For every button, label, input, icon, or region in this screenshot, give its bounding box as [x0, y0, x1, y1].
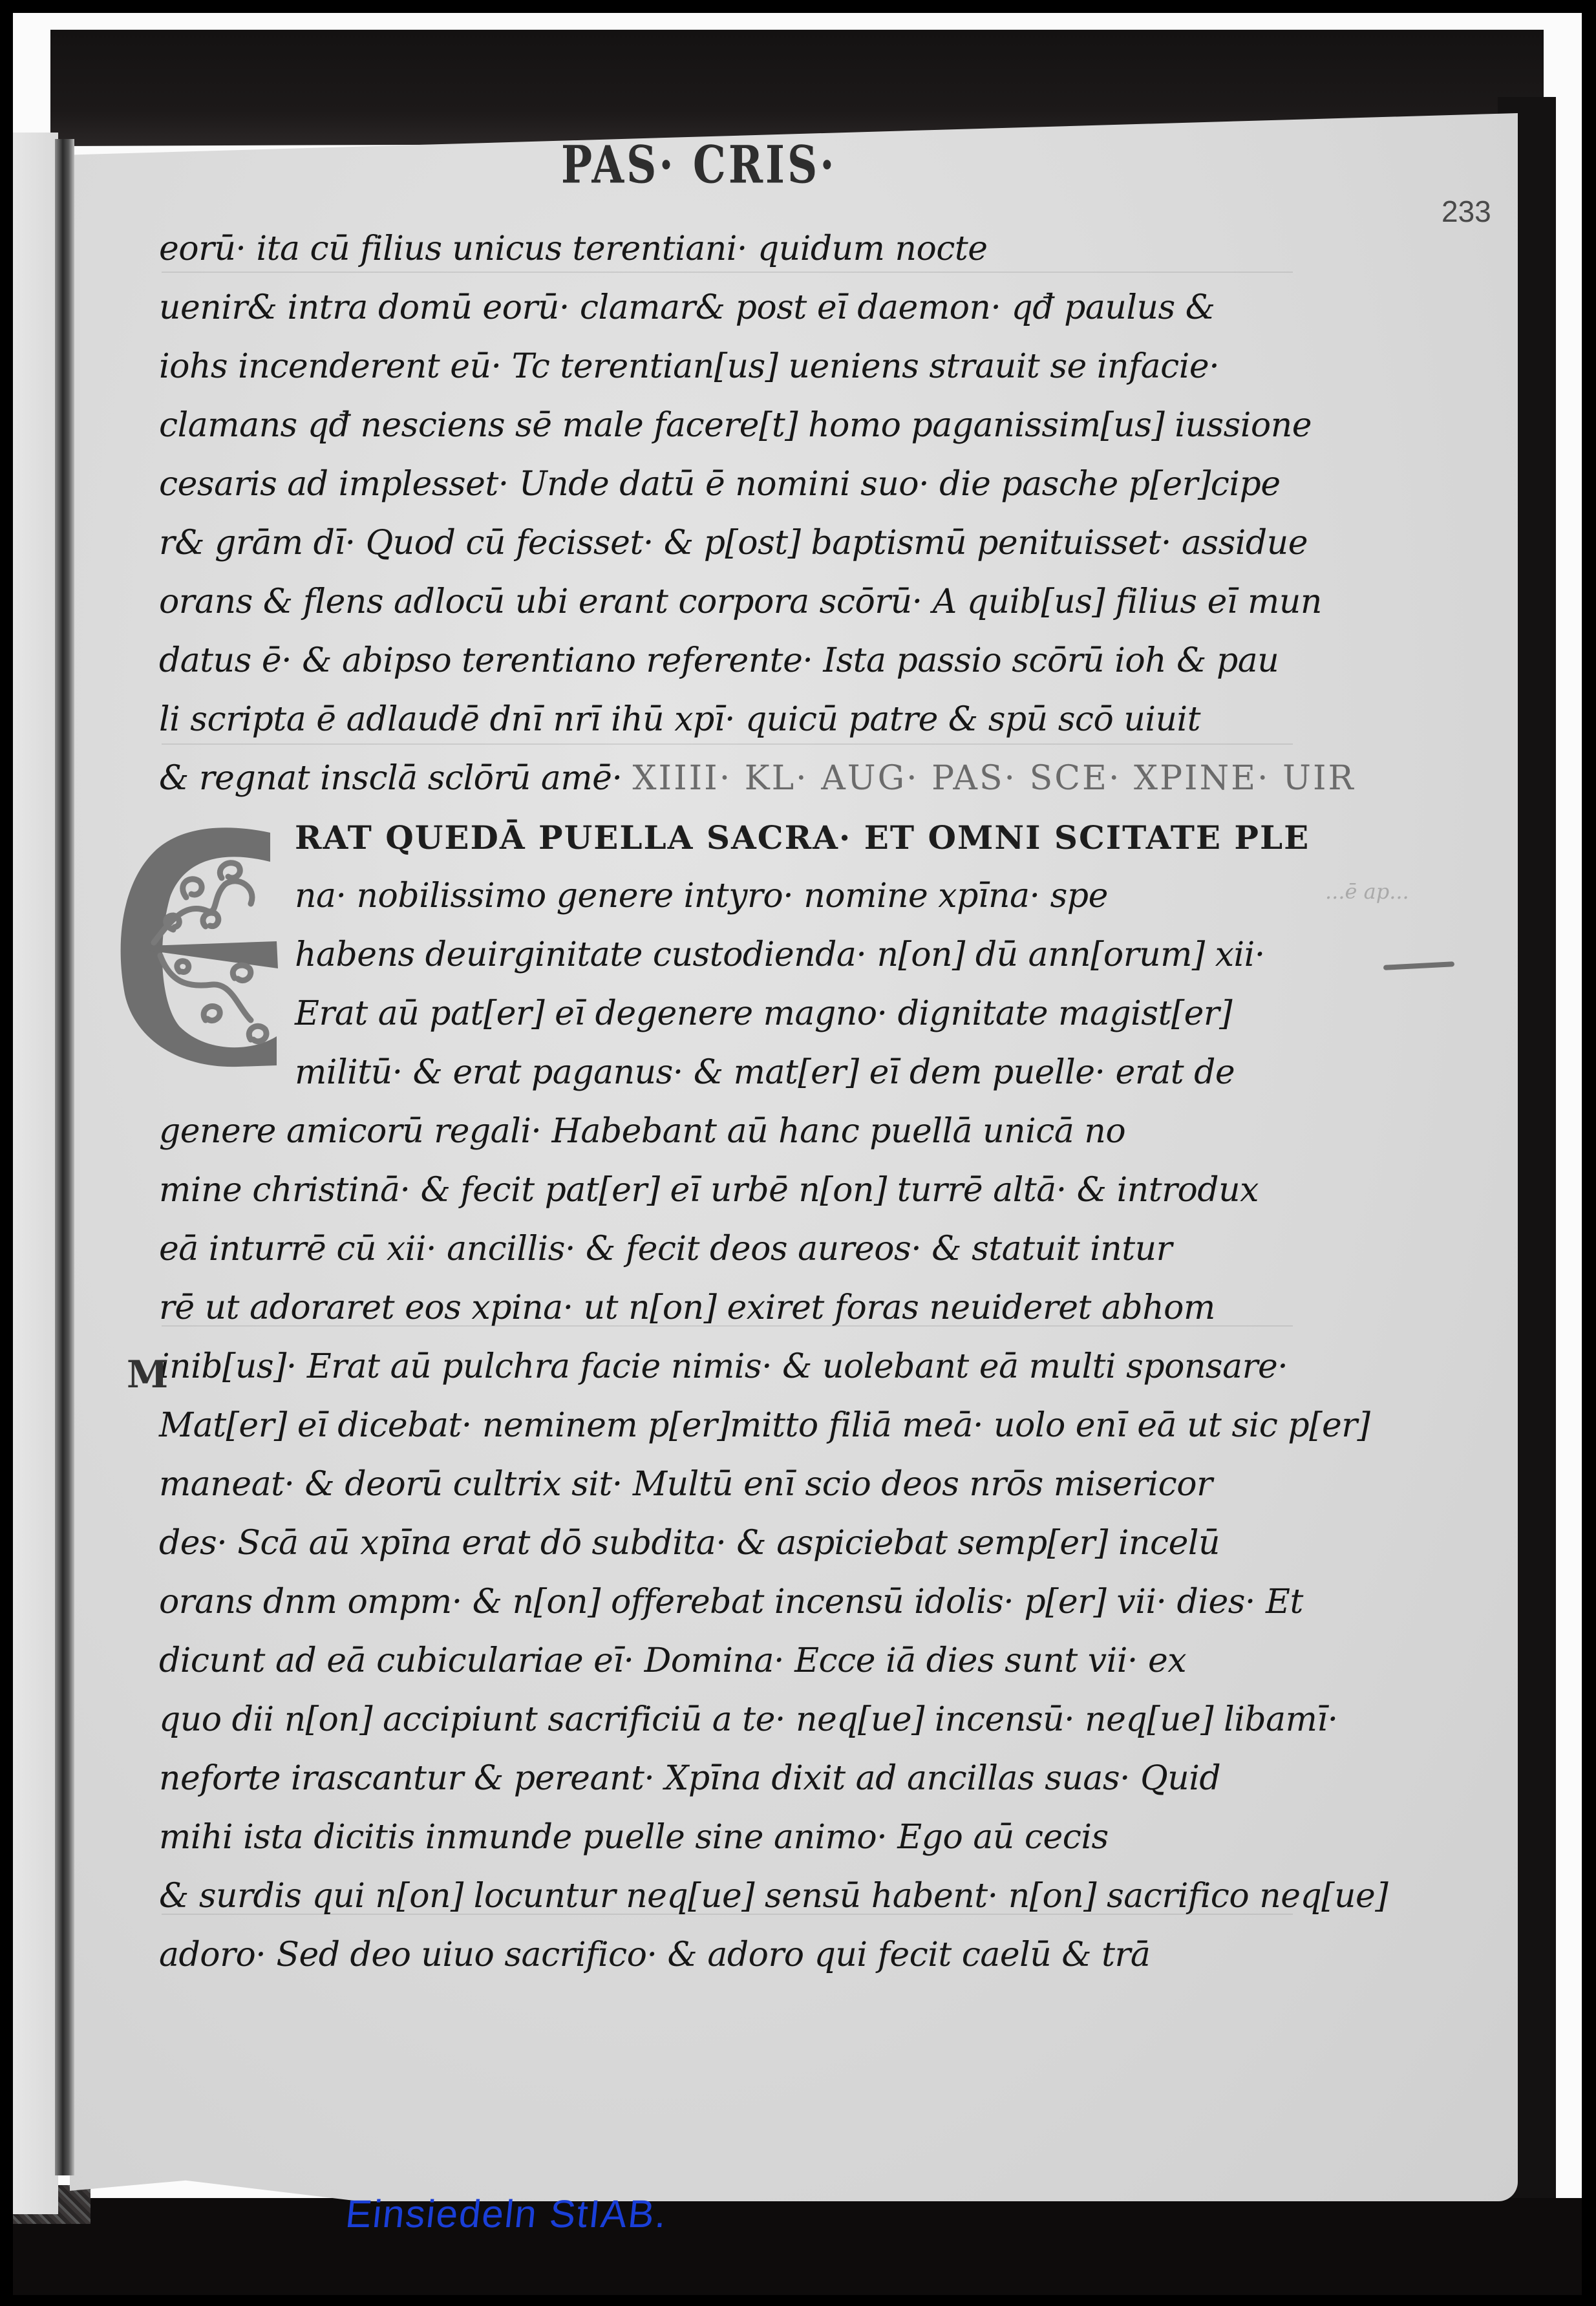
decorated-initial-e — [109, 813, 303, 1072]
folio-number: 233 — [1442, 194, 1491, 229]
text-line: iohs incenderent eū· Tc terentian[us] ue… — [159, 337, 1316, 396]
text-line: quo dii n[on] accipiunt sacrificiū a te·… — [159, 1691, 1316, 1749]
text-line: orans & flens adlocū ubi erant corpora s… — [159, 573, 1316, 632]
text-line-with-rubric: & regnat insclā sclōrū amē· XIIII· KL· A… — [159, 749, 1316, 808]
facing-page-edge — [13, 133, 58, 2214]
text-line: rē ut adoraret eos xpina· ut n[on] exire… — [159, 1279, 1316, 1338]
running-header: PAS· CRIS· — [561, 135, 836, 196]
display-capitals-line: RAT QUEDĀ PUELLA SACRA· ET OMNI SCITATE … — [159, 808, 1316, 867]
text-line: na· nobilissimo genere intyro· nomine xp… — [159, 867, 1316, 926]
text-line: des· Scā aū xpīna erat dō subdita· & asp… — [159, 1514, 1316, 1573]
text-line: r& grām dī· Quod cū fecisset· & p[ost] b… — [159, 514, 1316, 573]
text-line: adoro· Sed deo uiuo sacrifico· & adoro q… — [159, 1926, 1316, 1985]
text-line: uenir& intra domū eorū· clamar& post eī … — [159, 279, 1316, 337]
text-line: maneat· & deorū cultrix sit· Multū enī s… — [159, 1455, 1316, 1514]
marginal-initial-m: M — [127, 1352, 168, 1396]
text-line: militū· & erat paganus· & mat[er] eī dem… — [159, 1043, 1316, 1102]
text-line: eorū· ita cū filius unicus terentiani· q… — [159, 220, 1316, 279]
text-line: orans dnm ompm· & n[on] offerebat incens… — [159, 1573, 1316, 1632]
text-column: eorū· ita cū filius unicus terentiani· q… — [159, 220, 1316, 1985]
text-line: datus ē· & abipso terentiano referente· … — [159, 632, 1316, 690]
text-line: inib[us]· Erat aū pulchra facie nimis· &… — [159, 1338, 1316, 1396]
text-line: Mat[er] eī dicebat· neminem p[er]mitto f… — [159, 1396, 1316, 1455]
text-line: mine christinā· & fecit pat[er] eī urbē … — [159, 1161, 1316, 1220]
book-cover-bottom — [13, 2198, 1582, 2295]
text-line: mihi ista dicitis inmunde puelle sine an… — [159, 1808, 1316, 1867]
marginal-faded-note: ...ē ap... — [1325, 879, 1409, 904]
text-line: eā inturrē cū xii· ancillis· & fecit deo… — [159, 1220, 1316, 1279]
text-line: cesaris ad implesset· Unde datū ē nomini… — [159, 455, 1316, 514]
text-line: & surdis qui n[on] locuntur neq[ue] sens… — [159, 1867, 1316, 1926]
text-line: Erat aū pat[er] eī degenere magno· digni… — [159, 985, 1316, 1043]
text-line: clamans qđ nesciens sē male facere[t] ho… — [159, 396, 1316, 455]
text-line: habens deuirginitate custodienda· n[on] … — [159, 926, 1316, 985]
gutter-shadow — [55, 139, 74, 2175]
text-line-end: & regnat insclā sclōrū amē· — [159, 759, 622, 798]
rubric-title: XIIII· KL· AUG· PAS· SCE· XPINE· UIR — [633, 759, 1356, 798]
text-line: neforte irascantur & pereant· Xpīna dixi… — [159, 1749, 1316, 1808]
text-line: genere amicorū regali· Habebant aū hanc … — [159, 1102, 1316, 1161]
text-line: dicunt ad eā cubiculariae eī· Domina· Ec… — [159, 1632, 1316, 1691]
text-line: li scripta ē adlaudē dnī nrī ihū xpī· qu… — [159, 690, 1316, 749]
library-attribution-note: Einsiedeln StIAB. — [343, 2192, 670, 2236]
